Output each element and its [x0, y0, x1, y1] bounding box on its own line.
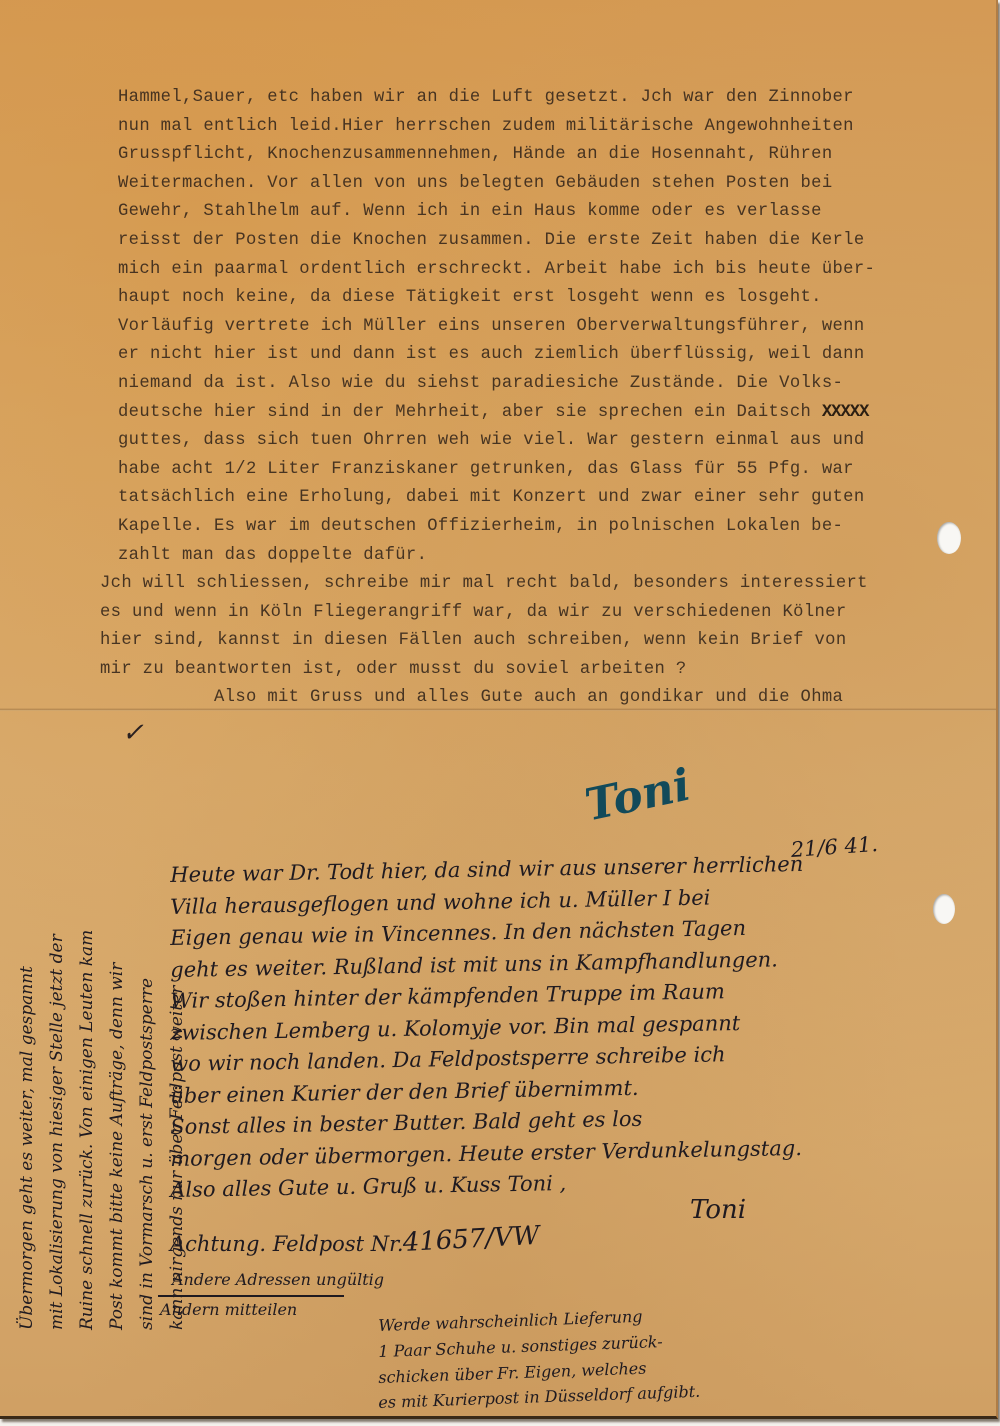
typed-letter-body: Hammel,Sauer, etc haben wir an die Luft … [118, 84, 998, 713]
side-note-line: schicken über Fr. Eigen, welches [378, 1359, 647, 1387]
typed-line: Kapelle. Es war im deutschen Offizierhei… [118, 513, 998, 542]
side-note-line: Werde wahrscheinlich Lieferung [378, 1307, 643, 1335]
vertical-margin-note: Übermorgen geht es weiter, mal gespannt … [12, 730, 192, 1330]
handwritten-postscript: Heute war Dr. Todt hier, da sind wir aus… [170, 860, 980, 1207]
letter-page: Hammel,Sauer, etc haben wir an die Luft … [0, 0, 998, 1419]
punch-hole [937, 522, 961, 554]
typed-line: Gewehr, Stahlhelm auf. Wenn ich in ein H… [118, 198, 998, 227]
side-note-line: es mit Kurierpost in Düsseldorf aufgibt. [378, 1382, 700, 1412]
punch-hole [933, 894, 955, 924]
margin-note-line: Post kommt bitte keine Aufträge, denn wi… [102, 730, 132, 1330]
address-note-invalid: Andere Adressen ungültig [172, 1270, 384, 1289]
ink-signature: Toni [581, 760, 695, 832]
greeting-line: Also mit Gruss und alles Gute auch an go… [214, 684, 998, 713]
margin-note-line: kann nirgends nur über Feldpost weiter [162, 730, 192, 1330]
typed-line: niemand da ist. Also wie du siehst parad… [118, 370, 998, 399]
typed-line: nun mal entlich leid.Hier herrschen zude… [118, 113, 998, 142]
typed-line: Weitermachen. Vor allen von uns belegten… [118, 170, 998, 199]
typed-line: tatsächlich eine Erholung, dabei mit Kon… [118, 484, 998, 513]
margin-note-line: mit Lokalisierung von hiesiger Stelle je… [42, 730, 72, 1330]
margin-note-line: Übermorgen geht es weiter, mal gespannt [12, 730, 42, 1330]
address-note-label: Achtung. Feldpost Nr. [170, 1232, 404, 1256]
typed-line: reisst der Posten die Knochen zusammen. … [118, 227, 998, 256]
typed-line: Grusspflicht, Knochenzusammennehmen, Hän… [118, 141, 998, 170]
typed-line: mich ein paarmal ordentlich erschreckt. … [118, 256, 998, 285]
typed-line: deutsche hier sind in der Mehrheit, aber… [118, 399, 998, 428]
margin-note-line: Ruine schnell zurück. Von einigen Leuten… [72, 730, 102, 1330]
postscript-signature: Toni [690, 1195, 746, 1225]
typed-line-text: deutsche hier sind in der Mehrheit, aber… [118, 403, 822, 422]
closing-line: es und wenn in Köln Fliegerangriff war, … [100, 599, 998, 628]
closing-line: hier sind, kannst in diesen Fällen auch … [100, 627, 998, 656]
feldpost-number: 41657/VW [402, 1221, 540, 1258]
typed-line: habe acht 1/2 Liter Franziskaner getrunk… [118, 456, 998, 485]
typed-line: guttes, dass sich tuen Ohrren weh wie vi… [118, 427, 998, 456]
margin-note-line: sind in Vormarsch u. erst Feldpostsperre [132, 730, 162, 1330]
struck-out-text: XXXXX [822, 403, 869, 422]
typed-line: Vorläufig vertrete ich Müller eins unser… [118, 313, 998, 342]
typed-line: er nicht hier ist und dann ist es auch z… [118, 341, 998, 370]
typed-line: Hammel,Sauer, etc haben wir an die Luft … [118, 84, 998, 113]
typed-line: zahlt man das doppelte dafür. [118, 542, 998, 571]
closing-line: mir zu beantworten ist, oder musst du so… [100, 656, 998, 685]
closing-line: Jch will schliessen, schreibe mir mal re… [100, 570, 998, 599]
side-note-line: 1 Paar Schuhe u. sonstiges zurück- [378, 1332, 663, 1361]
typed-line: haupt noch keine, da diese Tätigkeit ers… [118, 284, 998, 313]
